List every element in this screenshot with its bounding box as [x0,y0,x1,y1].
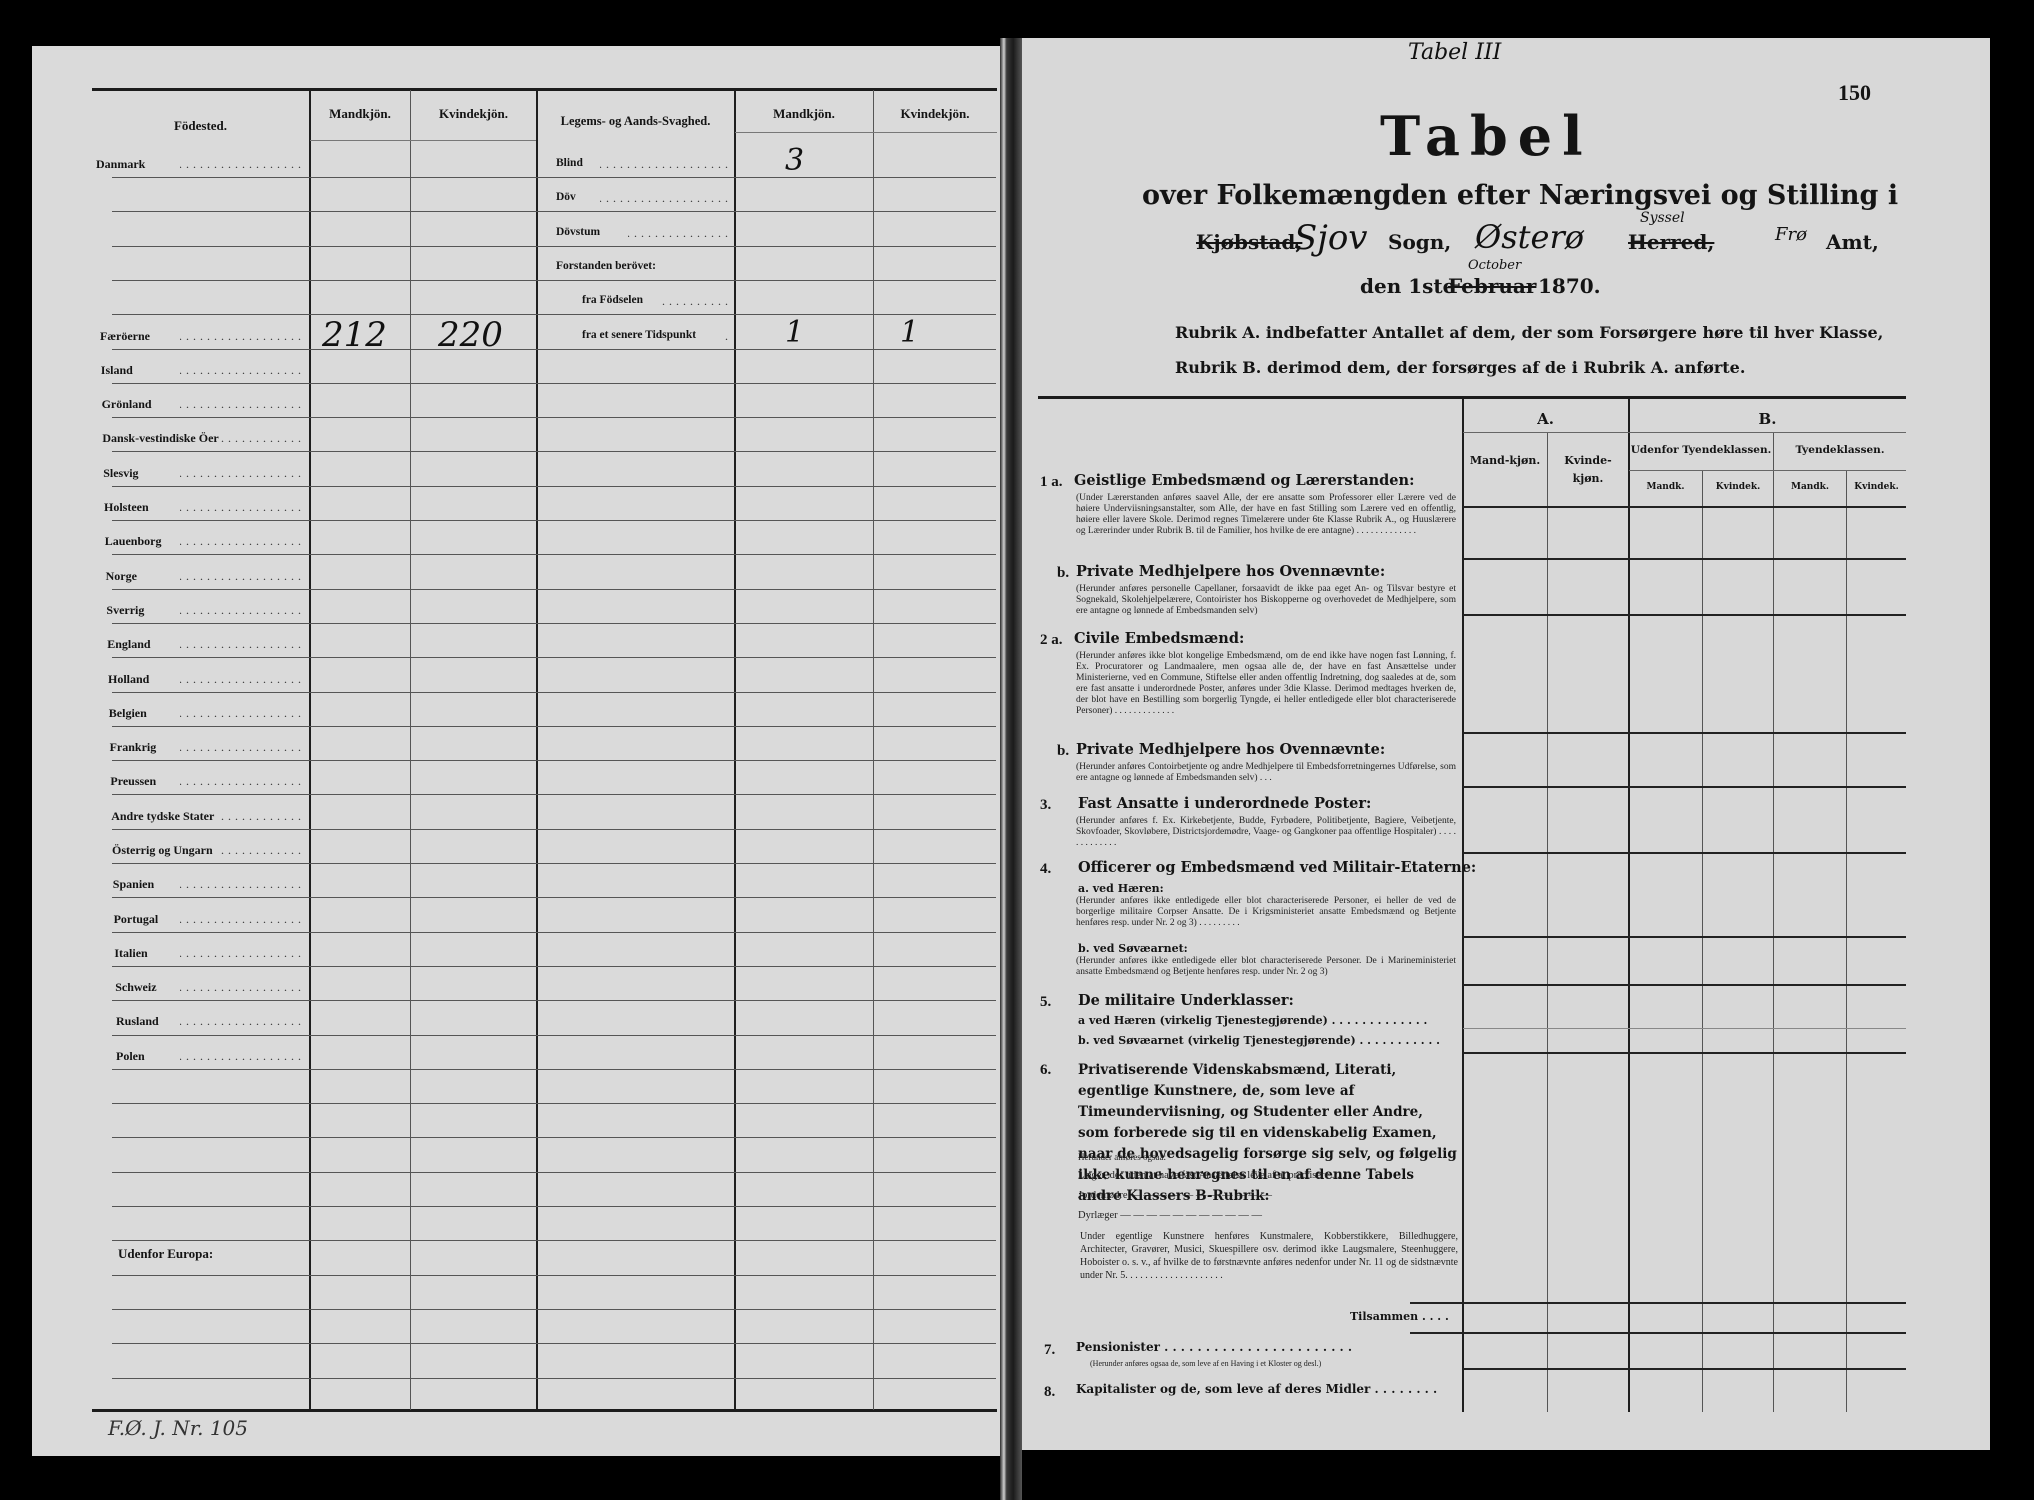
leader-dots: ........................................ [180,946,305,961]
leader-dots: ........................................ [180,603,305,618]
kjobstad-label: Kjøbstad, [1196,230,1302,254]
col-divider [410,90,411,1410]
leader-dots: ........................................ [220,431,305,446]
leader-dots: ........................................ [180,1049,305,1064]
category-number: 1 a. [1040,474,1063,491]
category-line: Jordemødre — — — — — — — — — — — [1078,1190,1272,1201]
category-title: Geistlige Embedsmænd og Lærerstanden: [1074,472,1414,489]
col-divider [309,90,311,1410]
row-rule [1410,1302,1906,1304]
row-rule [112,246,996,247]
category-title: Private Medhjelpere hos Ovennævnte: [1076,563,1385,580]
birthplace-label: Schweiz [115,980,156,995]
col-divider [1846,470,1847,1412]
infirmity-male-count: 1 [785,315,804,350]
subcategory-note: (Herunder anføres ikke entledigede eller… [1076,896,1456,929]
leader-dots: ........................................ [180,706,305,721]
amt-value: Frø [1775,224,1807,245]
category-note: Under egentlige Kunstnere henføres Kunst… [1080,1230,1458,1282]
category-note: (Herunder anføres personelle Capellaner,… [1076,584,1456,617]
leader-dots: ........................................ [180,774,305,789]
category-number: 7. [1044,1342,1055,1359]
row-rule [112,177,996,178]
table-bottom-rule [92,1409,997,1412]
left-page [32,46,1000,1456]
header-a: A. [1463,410,1628,428]
row-rule [112,520,996,521]
row-rule [1463,1368,1906,1370]
herred-label: Herred, [1628,230,1714,254]
leader-dots: ........................................ [180,569,305,584]
row-rule [1463,558,1906,560]
birthplace-label: Holland [108,672,149,687]
subcategory-label: a. ved Hæren: [1078,882,1164,895]
leader-dots: ........................................ [220,809,305,824]
infirmity-male-count: 3 [785,143,804,178]
subcategory-label: b. ved Søvæarnet: [1078,942,1188,955]
infirmity-label: Blind [556,157,583,169]
row-rule [112,863,996,864]
row-rule [1463,984,1906,986]
category-note: (Herunder anføres f. Ex. Kirkebetjente, … [1076,816,1456,849]
leader-dots: ........................................ [180,1014,305,1029]
infirmity-label: fra Födselen [582,294,643,306]
row-rule [112,349,996,350]
leader-dots: ........................................ [180,740,305,755]
category-title: Civile Embedsmænd: [1074,630,1244,647]
category-note: (Herunder anføres ogsaa de, som leve af … [1090,1358,1321,1369]
leader-dots: ........................................ [180,980,305,995]
birthplace-label: Österrig og Ungarn [112,843,213,858]
subcategory-note: (Herunder anføres ikke entledigede eller… [1076,956,1456,978]
herred-correction: Syssel [1640,210,1685,226]
leader-dots: ........................................ [180,912,305,927]
row-rule [112,417,996,418]
col-divider [1702,470,1703,1412]
birthplace-label: Frankrig [110,740,157,755]
col-divider [1628,398,1630,1412]
row-rule [112,1137,996,1138]
row-rule [112,966,996,967]
leader-dots: ........................................ [180,534,305,549]
birthplace-label: Polen [116,1049,145,1064]
birthplace-label: Preussen [110,774,156,789]
row-rule [112,1240,996,1241]
row-rule [1463,1028,1906,1029]
row-rule [112,1309,996,1310]
row-rule [1463,852,1906,854]
table-top-rule [92,88,997,91]
row-rule [112,692,996,693]
book-spine [1000,38,1022,1500]
row-rule [1463,614,1906,616]
leader-dots: ........................................ [662,294,732,309]
category-number: b. [1057,743,1069,760]
leader-dots: ........................................ [180,157,305,172]
infirmity-label: fra et senere Tidspunkt [582,329,696,341]
header-infirmity: Legems- og Aands-Svaghed. [537,114,734,129]
rubrik-b-note: Rubrik B. derimod dem, der forsørges af … [1175,358,1745,377]
row-rule [112,1103,996,1104]
document-subtitle: over Folkemængden efter Næringsvei og St… [1142,180,1898,211]
header-male: Mandkjön. [310,106,410,122]
row-rule [112,794,996,795]
category-line: Læger, der uden at have fast Ansættelse … [1078,1170,1345,1181]
row-rule [112,451,996,452]
infirmity-label: Döv [556,191,576,203]
birthplace-label: Grönland [102,397,152,412]
leader-dots: ........................................ [220,843,305,858]
col-divider [734,90,736,1410]
header-separator [1629,470,1906,471]
row-rule [112,1035,996,1036]
row-rule [112,726,996,727]
birthplace-label: Holsteen [104,500,149,515]
row-rule [112,1069,996,1070]
col-divider [536,90,538,1410]
row-rule [112,280,996,281]
row-rule [112,486,996,487]
leader-dots: ........................................ [180,466,305,481]
header-b-female-1: Kvindek. [1703,482,1773,492]
category-line: Dyrlæger — — — — — — — — — — — [1078,1210,1262,1221]
amt-label: Amt, [1826,230,1879,254]
rubrik-a-note: Rubrik A. indbefatter Antallet af dem, d… [1175,323,1883,342]
page-number: 150 [1838,80,1871,106]
header-separator [310,140,536,141]
birthplace-label: Italien [114,946,147,961]
month-printed: Februar [1448,274,1536,298]
leader-dots: ........................................ [180,363,305,378]
leader-dots: ........................................ [600,157,732,172]
category-note: (Herunder anføres Contoirbetjente og and… [1076,762,1456,784]
header-b: B. [1629,410,1906,428]
month-correction: October [1468,258,1521,273]
leader-dots: ........................................ [180,877,305,892]
category-title: Kapitalister og de, som leve af deres Mi… [1076,1382,1437,1396]
category-title: Pensionister . . . . . . . . . . . . . .… [1076,1340,1352,1354]
category-number: b. [1057,565,1069,582]
header-separator [1463,432,1906,433]
row-rule [112,211,996,212]
sogn-label: Sogn, [1388,230,1451,254]
birthplace-label: Lauenborg [105,534,162,549]
header-bottom-rule [1463,506,1906,508]
birthplace-label: Slesvig [103,466,138,481]
row-rule [1463,936,1906,938]
header-infirmity-male: Mandkjön. [735,106,873,122]
category-intro: Herunder anføres ogsaa: [1078,1152,1166,1163]
birthplace-label: Danmark [96,157,145,172]
year: 1870. [1538,274,1601,298]
category-number: 8. [1044,1384,1055,1401]
row-rule [112,1172,996,1173]
col-divider [1462,398,1464,1412]
header-b-female-2: Kvindek. [1847,482,1906,492]
infirmity-label: Forstanden berövet: [556,260,656,272]
infirmity-label: Dövstum [556,226,600,238]
header-separator [735,132,997,133]
col-divider [1547,432,1548,1412]
category-number: 3. [1040,797,1051,814]
male-count: 212 [322,315,387,355]
category-title: Privatiserende Videnskabsmænd, Literati,… [1078,1060,1458,1207]
archive-reference: F.Ø. J. Nr. 105 [108,1416,248,1440]
birthplace-label: Rusland [116,1014,159,1029]
leader-dots: ........................................ [180,637,305,652]
row-rule [112,760,996,761]
sogn-value: Sjov [1294,218,1368,258]
row-rule [112,1275,996,1276]
row-rule [112,1206,996,1207]
row-rule [112,657,996,658]
col-divider [1773,432,1774,1412]
leader-dots: ........................................ [180,397,305,412]
category-title: Officerer og Embedsmænd ved Militair-Eta… [1078,859,1476,876]
category-number: 2 a. [1040,632,1063,649]
header-infirmity-female: Kvindekjön. [874,106,996,122]
row-rule [112,1343,996,1344]
birthplace-label: Færöerne [100,329,150,344]
category-title: De militaire Underklasser: [1078,992,1294,1009]
category-number: 6. [1040,1062,1051,1079]
birthplace-label: Andre tydske Stater [111,809,214,824]
header-b-outside-servants: Udenfor Tyendeklassen. [1629,444,1773,456]
row-rule [112,383,996,384]
leader-dots: ........................................ [600,191,732,206]
female-count: 220 [438,315,503,355]
header-birthplace: Födested. [92,118,309,134]
table-top-rule [1038,396,1906,399]
header-a-male: Mand-kjøn. [1467,452,1543,470]
table-annotation: Tabel III [1408,40,1501,65]
category-note: (Under Lærerstanden anføres saavel Alle,… [1076,493,1456,537]
header-b-male-1: Mandk. [1629,482,1702,492]
birthplace-label: Dansk-vestindiske Öer [102,431,218,446]
row-rule [112,314,996,315]
infirmity-female-count: 1 [900,315,919,350]
category-title: Fast Ansatte i underordnede Poster: [1078,795,1371,812]
header-a-female: Kvinde-kjøn. [1550,452,1626,488]
row-rule [112,589,996,590]
category-note: (Herunder anføres ikke blot kongelige Em… [1076,651,1456,717]
birthplace-label: Norge [106,569,137,584]
header-female: Kvindekjön. [411,106,536,122]
birthplace-label: Sverrig [106,603,144,618]
birthplace-label: Island [101,363,133,378]
row-rule [1463,732,1906,734]
subcategory-label: a ved Hæren (virkelig Tjenestegjørende) … [1078,1014,1427,1027]
birthplace-label: England [107,637,150,652]
header-b-servants: Tyendeklassen. [1774,444,1906,456]
document-title: Tabel [1380,104,1593,168]
row-rule [1463,1052,1906,1054]
birthplace-label: Portugal [114,912,159,927]
category-title: Private Medhjelpere hos Ovennævnte: [1076,741,1385,758]
herred-value: Østerø [1475,218,1584,256]
row-rule [112,554,996,555]
leader-dots: ........................................ [722,329,732,344]
category-number: 5. [1040,994,1051,1011]
birthplace-label: Spanien [113,877,154,892]
row-rule [1410,1332,1906,1334]
leader-dots: ........................................ [180,500,305,515]
row-rule [112,1378,996,1379]
row-rule [112,932,996,933]
outside-europe-label: Udenfor Europa: [118,1246,213,1262]
row-rule [112,623,996,624]
birthplace-label: Belgien [109,706,147,721]
leader-dots: ........................................ [180,672,305,687]
row-rule [112,897,996,898]
date-prefix: den 1ste [1360,274,1455,298]
header-b-male-2: Mandk. [1774,482,1846,492]
category-number: 4. [1040,861,1051,878]
row-rule [1463,786,1906,788]
leader-dots: ........................................ [628,226,732,241]
leader-dots: ........................................ [180,329,305,344]
subcategory-label: b. ved Søvæarnet (virkelig Tjenestegjøre… [1078,1034,1440,1047]
row-rule [112,829,996,830]
total-label: Tilsammen . . . . [1350,1310,1449,1323]
row-rule [112,1000,996,1001]
col-divider [873,90,874,1410]
